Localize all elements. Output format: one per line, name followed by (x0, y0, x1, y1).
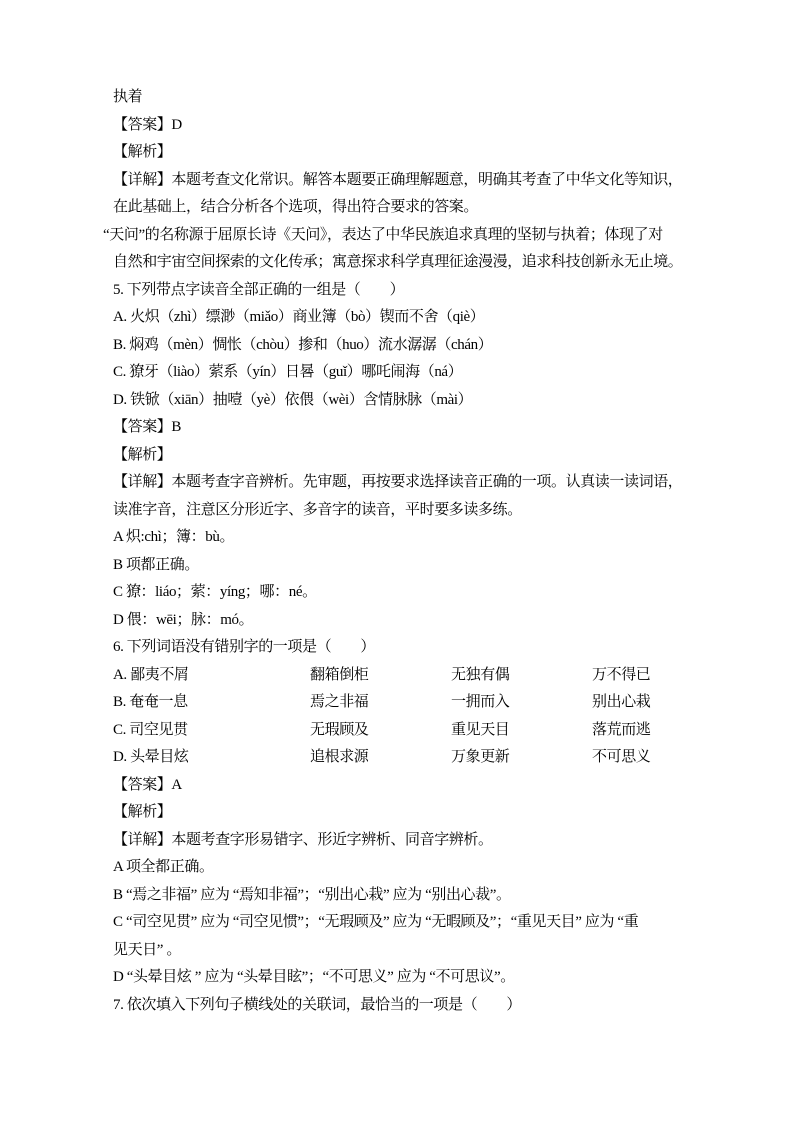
q5-answer-line: 【答案】B (113, 414, 703, 442)
q6-explanation-line: C “司空见贯” 应为 “司空见惯”；“无瑕顾及” 应为 “无暇顾及”；“重见天… (113, 909, 703, 937)
q6-stem: 6. 下列词语没有错别字的一项是（ ） (113, 634, 703, 662)
q5-explanation-line: A 炽:chì；簿：bù。 (113, 524, 703, 552)
q6-option-row-c: C. 司空见贯 无瑕顾及 重见天目 落荒而逃 (113, 717, 703, 745)
q6-option-cell: 无瑕顾及 (310, 717, 451, 745)
q6-option-row-a: A. 鄙夷不屑 翻箱倒柜 无独有偶 万不得已 (113, 662, 703, 690)
page-content: 执着 【答案】D 【解析】 【详解】本题考查文化常识。解答本题要正确理解题意，明… (113, 84, 703, 1019)
q6-option-cell: 焉之非福 (310, 689, 451, 717)
q6-option-cell: 万不得已 (592, 662, 703, 690)
q6-option-row-d: D. 头晕目炫 追根求源 万象更新 不可思义 (113, 744, 703, 772)
prev-question-explanation-line: 在此基础上，结合分析各个选项，得出符合要求的答案。 (113, 194, 703, 222)
q7-stem: 7. 依次填入下列句子横线处的关联词，最恰当的一项是（ ） (113, 992, 703, 1020)
document-page: 执着 【答案】D 【解析】 【详解】本题考查文化常识。解答本题要正确理解题意，明… (0, 0, 794, 1123)
q6-analysis-label: 【解析】 (113, 799, 703, 827)
q6-option-cell: 万象更新 (451, 744, 592, 772)
q6-option-cell: A. 鄙夷不屑 (113, 662, 310, 690)
q6-option-cell: D. 头晕目炫 (113, 744, 310, 772)
q5-explanation-line: 【详解】本题考查字音辨析。先审题，再按要求选择读音正确的一项。认真读一读词语， (113, 469, 703, 497)
q6-option-cell: 一拥而入 (451, 689, 592, 717)
q6-option-cell: 别出心栽 (592, 689, 703, 717)
q6-option-cell: 重见天目 (451, 717, 592, 745)
prev-question-answer-line: 【答案】D (113, 112, 703, 140)
q6-option-row-b: B. 奄奄一息 焉之非福 一拥而入 别出心栽 (113, 689, 703, 717)
q5-explanation-line: B 项都正确。 (113, 552, 703, 580)
q5-option-a: A. 火炽（zhì）缥渺（miǎo）商业簿（bò）锲而不舍（qiè） (113, 304, 703, 332)
q6-option-cell: 追根求源 (310, 744, 451, 772)
q6-explanation-line: A 项全都正确。 (113, 854, 703, 882)
q5-option-c: C. 獠牙（liào）萦系（yín）日晷（guǐ）哪吒闹海（ná） (113, 359, 703, 387)
q6-option-cell: 落荒而逃 (592, 717, 703, 745)
q5-explanation-line: D 偎：wēi；脉：mó。 (113, 607, 703, 635)
q6-option-cell: C. 司空见贯 (113, 717, 310, 745)
q5-stem: 5. 下列带点字读音全部正确的一组是（ ） (113, 277, 703, 305)
q6-explanation-line: B “焉之非福” 应为 “焉知非福”；“别出心栽” 应为 “别出心裁”。 (113, 882, 703, 910)
q6-option-cell: 翻箱倒柜 (310, 662, 451, 690)
q5-option-b: B. 焖鸡（mèn）惆怅（chòu）掺和（huo）流水潺潺（chán） (113, 332, 703, 360)
q5-option-d: D. 铁锨（xiān）抽噎（yè）依偎（wèi）含情脉脉（mài） (113, 387, 703, 415)
q6-explanation-line: 【详解】本题考查字形易错字、形近字辨析、同音字辨析。 (113, 827, 703, 855)
q5-analysis-label: 【解析】 (113, 442, 703, 470)
q6-option-cell: 无独有偶 (451, 662, 592, 690)
q6-option-cell: B. 奄奄一息 (113, 689, 310, 717)
prev-question-explanation-line: “天问”的名称源于屈原长诗《天问》，表达了中华民族追求真理的坚韧与执着；体现了对 (113, 222, 703, 250)
q6-explanation-line: 见天日” 。 (113, 937, 703, 965)
q6-option-cell: 不可思义 (592, 744, 703, 772)
q6-explanation-line: D “头晕目炫 ” 应为 “头晕目眩”；“不可思义” 应为 “不可思议”。 (113, 964, 703, 992)
q6-answer-line: 【答案】A (113, 772, 703, 800)
q5-explanation-line: C 獠：liáo；萦：yíng；哪：né。 (113, 579, 703, 607)
prev-question-explanation-line: 【详解】本题考查文化常识。解答本题要正确理解题意，明确其考查了中华文化等知识， (113, 167, 703, 195)
prev-question-explanation-line: 自然和宇宙空间探索的文化传承；寓意探求科学真理征途漫漫，追求科技创新永无止境。 (113, 249, 703, 277)
q5-explanation-line: 读准字音，注意区分形近字、多音字的读音，平时要多读多练。 (113, 497, 703, 525)
prev-question-analysis-label: 【解析】 (113, 139, 703, 167)
prev-question-option-tail: 执着 (113, 84, 703, 112)
